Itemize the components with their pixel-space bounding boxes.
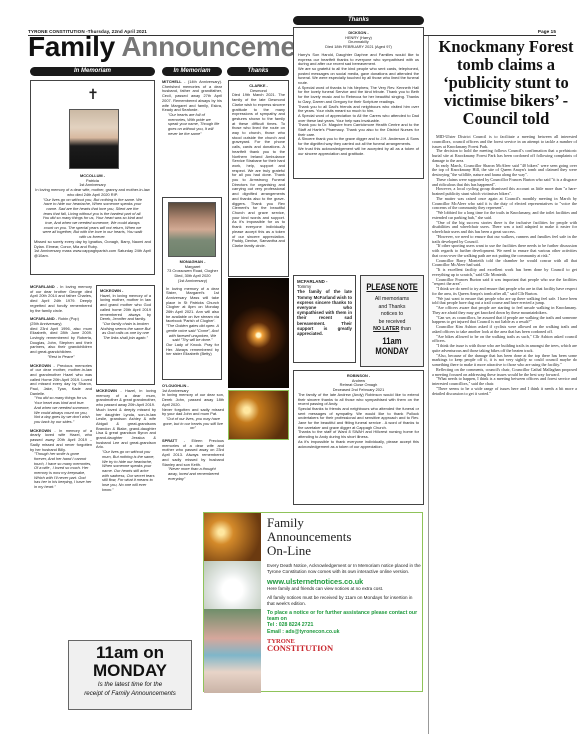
portrait-photo-mccollum <box>69 109 119 169</box>
notice-body: Much loved & deeply missed by her daught… <box>96 408 156 450</box>
notice-text: - (14th Anniversary). Cherished memories… <box>162 79 222 112</box>
notice-mitchell: MITCHELL - (14th Anniversary). Cherished… <box>162 80 222 136</box>
notice-mccollum: ✝ MCCOLLUM - Patricia 1st Anniversary In… <box>30 80 155 275</box>
ad-title-line: Family <box>267 516 421 530</box>
section-header-in-memoriam-2: In Memoriam <box>162 67 222 76</box>
notice-body: In loving memory of our dear son, Derek … <box>162 393 224 407</box>
article-paragraph: In early March, Councillor Sharon McAlee… <box>432 164 577 178</box>
notice-paragraph: The family of the late Andrew (Andy) Rob… <box>298 393 419 407</box>
notice-text: - Precious memories of our dear mother, … <box>30 363 92 396</box>
article-paragraph: "There seems to be a wide range of issue… <box>432 387 577 397</box>
deadline-text: receipt of Family Announcements <box>69 689 191 698</box>
notice-verse: "Out of our lives, you may have gone, bu… <box>162 417 224 431</box>
notice-paragraph: Thank you to Dr. Maguire from Carrickmor… <box>298 123 419 137</box>
notice-oloughlin: O'LOUGHLIN - 1st Anniversary In loving m… <box>162 384 224 481</box>
article-paragraph: "One of the big success stories there is… <box>432 221 577 235</box>
notice-body: Died 19th March 2021. The family of the … <box>232 93 285 248</box>
deadline-text: Is the latest time for the <box>69 680 191 689</box>
notice-monaghan: MONAGHAN - Margaret 73 Crossowen Road, C… <box>162 197 222 380</box>
please-note-line: All memoriams <box>361 296 423 304</box>
notice-mass: 1st Anniversary mass www.cappaghparish.c… <box>34 249 151 258</box>
cross-icon: ✝ <box>83 87 103 101</box>
notice-mckeown-box: MCKEOWN - Hazel, In loving memory of a l… <box>96 285 155 385</box>
notice-verse: "Never more than a thought away, loved a… <box>162 467 224 481</box>
notice-verse: "You did so many things for us. Your hea… <box>30 396 92 424</box>
notice-column-1a: MCFARLAND - In loving memory of our dear… <box>30 285 92 490</box>
notice-paragraph: A Special word of thanks to his Nephew, … <box>298 86 419 105</box>
candle-photo <box>228 278 289 388</box>
portrait-photo-monaghan <box>168 202 216 257</box>
page-number: Page 15 <box>538 29 556 34</box>
please-note-emphasis: NO LATER <box>373 326 399 332</box>
notice-text: - Eileen Precious memories of a dear wif… <box>162 438 224 467</box>
article-paragraph: "Also, because of the damage that has be… <box>432 354 577 368</box>
notice-verse: "Rest in Peace" <box>30 355 92 360</box>
page-title: Family Announcements <box>28 33 337 61</box>
notice-paragraph: Special thanks to friends and neighbours… <box>298 407 419 431</box>
ad-description: Every Death Notice, Acknowledgement or I… <box>267 563 421 575</box>
please-note-line: be received <box>361 319 423 327</box>
online-notices-ad: Family Announcements On-Line Every Death… <box>203 512 423 692</box>
ad-text: Here family and friends can view notices… <box>267 586 421 592</box>
notice-verse: "Our family chain is broken Nothing seem… <box>100 322 151 341</box>
couple-photo <box>204 609 261 693</box>
please-note-line: than <box>399 326 411 332</box>
ad-text: All family notices must be received by 1… <box>267 595 421 607</box>
deadline-day: MONDAY <box>69 662 191 680</box>
notice-closing: Our Lady of Knock. Pray for Her. Always … <box>166 343 219 357</box>
notice-robinson: ROBINSON - Andrew Retreat Close Omagh De… <box>293 370 424 505</box>
notice-verse: "The Golden gates did open. A gentle voi… <box>166 324 219 343</box>
candles-photo <box>204 513 261 561</box>
notice-mcfarland-tommy: MCFARLAND - Tommy The family of the late… <box>293 275 356 363</box>
ad-call-to-action: To place a notice or for further assista… <box>267 610 421 622</box>
ad-title-line: Announcements <box>267 530 421 544</box>
candles-photo <box>228 390 289 440</box>
ad-website-link[interactable]: www.ulsternetnotices.co.uk <box>267 577 421 586</box>
please-note-deadline: 11am MONDAY <box>366 336 419 356</box>
notice-died: Died 18th FEBRUARY 2021 (Aged 97) <box>298 45 419 50</box>
page-title-family: Family <box>28 31 115 62</box>
deadline-time: 11am on <box>69 644 191 662</box>
ad-title-line: On-Line <box>267 544 421 558</box>
please-note-box: PLEASE NOTE All memoriams and Thanks not… <box>360 275 424 367</box>
notice-paragraph: We are so grateful to all the kind peopl… <box>298 67 419 86</box>
article-paragraph: MID-Ulster District Council is to facili… <box>432 135 577 149</box>
please-note-line: and Thanks <box>361 304 423 312</box>
lily-photo <box>204 561 261 609</box>
notice-verse: "Our lives go on without you, But nothin… <box>34 198 151 240</box>
notice-paragraph: Harry's Son Harold, Daughter Daphne and … <box>298 53 419 67</box>
ad-email-link[interactable]: Email : ads@tyronecon.co.uk <box>267 629 421 635</box>
notice-text: Hazel, In loving memory of a loving moth… <box>100 294 151 322</box>
notice-body: The family of the late Tommy McFarland w… <box>297 289 352 336</box>
deadline-box: 11am on MONDAY Is the latest time for th… <box>68 640 192 710</box>
article-paragraph: The matter was raised once again at Coun… <box>432 197 577 211</box>
notice-body: died 23rd April 1996, also mum Elizabeth… <box>30 327 92 355</box>
notice-verse: "Our hearts are full of memories, With p… <box>162 113 222 137</box>
column-divider <box>428 36 429 734</box>
notice-verse: "Though her smile is gone forever, And h… <box>30 452 92 490</box>
section-header-thanks-2: Thanks <box>293 16 424 25</box>
section-header-thanks-1: Thanks <box>227 67 289 76</box>
please-note-heading: PLEASE NOTE <box>366 282 419 292</box>
notice-text: - In loving memory of our dear brother G… <box>30 284 92 313</box>
notice-mckeown-hazel: MCKEOWN - Hazel, in loving memory of a d… <box>96 389 156 492</box>
section-header-in-memoriam-1: In Memoriam <box>30 67 155 76</box>
notice-anniversary: (1st Anniversary) <box>166 279 219 284</box>
tyrone-constitution-logo: CONSTITUTION <box>267 645 421 652</box>
article-body: MID-Ulster District Council is to facili… <box>432 135 577 396</box>
notice-paragraph: As it's impossible to thank everyone ind… <box>298 440 419 449</box>
notice-paragraph: We trust this acknowledgement will be ac… <box>298 147 419 156</box>
article-headline: Knockmany Forest tomb claims a ‘publicit… <box>434 38 578 128</box>
notice-clarke: CLARKE - Desmond Died 19th March 2021. T… <box>228 80 289 277</box>
article-paragraph: The decision to hold the meeting follows… <box>432 149 577 163</box>
notice-verse: "Our lives go on without you mum, But no… <box>96 450 156 492</box>
article-paragraph: "If other sporting users want to use the… <box>432 244 577 258</box>
please-note-line: notices to <box>361 311 423 319</box>
notice-body: In loving memory of a dear Sister, Marga… <box>166 287 219 325</box>
notice-dickson: DICKSON - HENRY (Harry) Drumnakilly Died… <box>293 27 424 179</box>
